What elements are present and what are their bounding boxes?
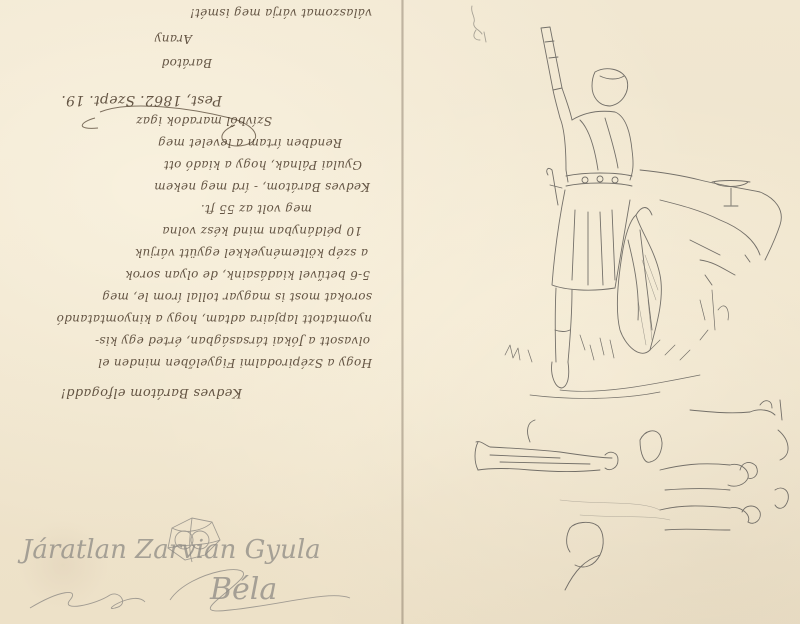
head-study xyxy=(565,522,603,590)
margin-sketch xyxy=(472,6,486,42)
pencil-annotations xyxy=(0,0,402,624)
landscape-ledge xyxy=(640,170,781,285)
sketch-drawing xyxy=(404,0,800,624)
grass xyxy=(505,290,728,398)
pencil-inscription-signature: Béla xyxy=(210,572,277,607)
manuscript-sheet: Kedves Barátom elfogadd!Hogy a Szépiroda… xyxy=(0,0,800,624)
group-of-figures xyxy=(640,400,788,530)
right-page-sketches xyxy=(404,0,800,624)
staff xyxy=(541,27,562,90)
reclining-figure xyxy=(475,420,618,472)
pencil-inscription-name: Járatlan Zarvian Gyula xyxy=(22,535,321,565)
chalice xyxy=(712,181,750,207)
main-figure xyxy=(547,69,662,388)
left-page-letter: Kedves Barátom elfogadd!Hogy a Szépiroda… xyxy=(0,0,402,624)
